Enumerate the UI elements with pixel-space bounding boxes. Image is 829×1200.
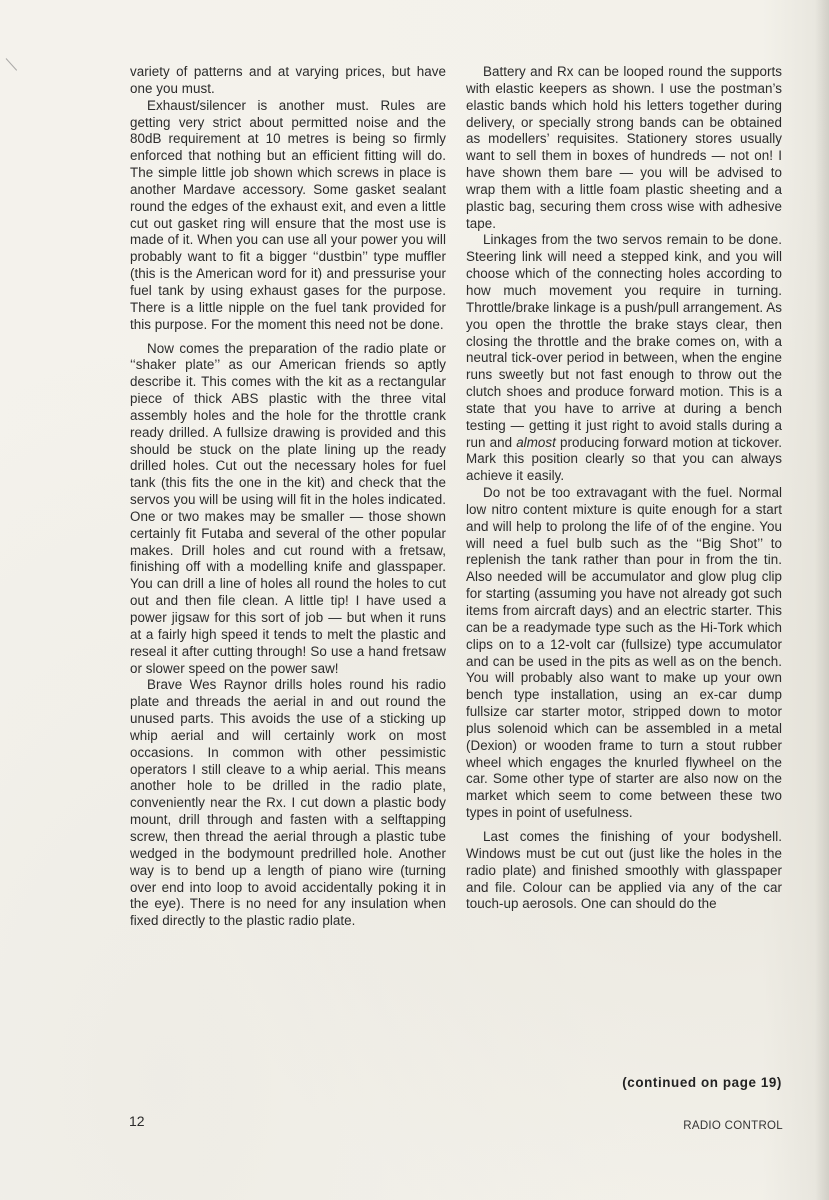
paragraph-continued-intro: variety of patterns and at varying price… bbox=[130, 64, 446, 98]
page-edge-shadow bbox=[815, 0, 829, 1200]
paragraph-fuel-starter: Do not be too extravagant with the fuel.… bbox=[466, 485, 782, 822]
paragraph-linkages: Linkages from the two servos remain to b… bbox=[466, 232, 782, 485]
left-column: variety of patterns and at varying price… bbox=[130, 64, 446, 930]
emphasis-almost: almost bbox=[516, 435, 556, 450]
paragraph-exhaust-silencer: Exhaust/silencer is another must. Rules … bbox=[130, 98, 446, 334]
scan-mark bbox=[6, 58, 17, 71]
paragraph-radio-plate: Now comes the preparation of the radio p… bbox=[130, 341, 446, 678]
paragraph-aerial: Brave Wes Raynor drills holes round his … bbox=[130, 677, 446, 930]
linkages-text-start: Linkages from the two servos remain to b… bbox=[466, 232, 782, 449]
page-number: 12 bbox=[129, 1113, 145, 1129]
right-column: Battery and Rx can be looped round the s… bbox=[466, 64, 782, 913]
paragraph-bodyshell: Last comes the finishing of your bodyshe… bbox=[466, 829, 782, 913]
continued-note: (continued on page 19) bbox=[466, 1075, 782, 1090]
magazine-page: variety of patterns and at varying price… bbox=[0, 0, 829, 1200]
running-footer: RADIO CONTROL bbox=[683, 1120, 783, 1132]
paragraph-battery-rx: Battery and Rx can be looped round the s… bbox=[466, 64, 782, 232]
